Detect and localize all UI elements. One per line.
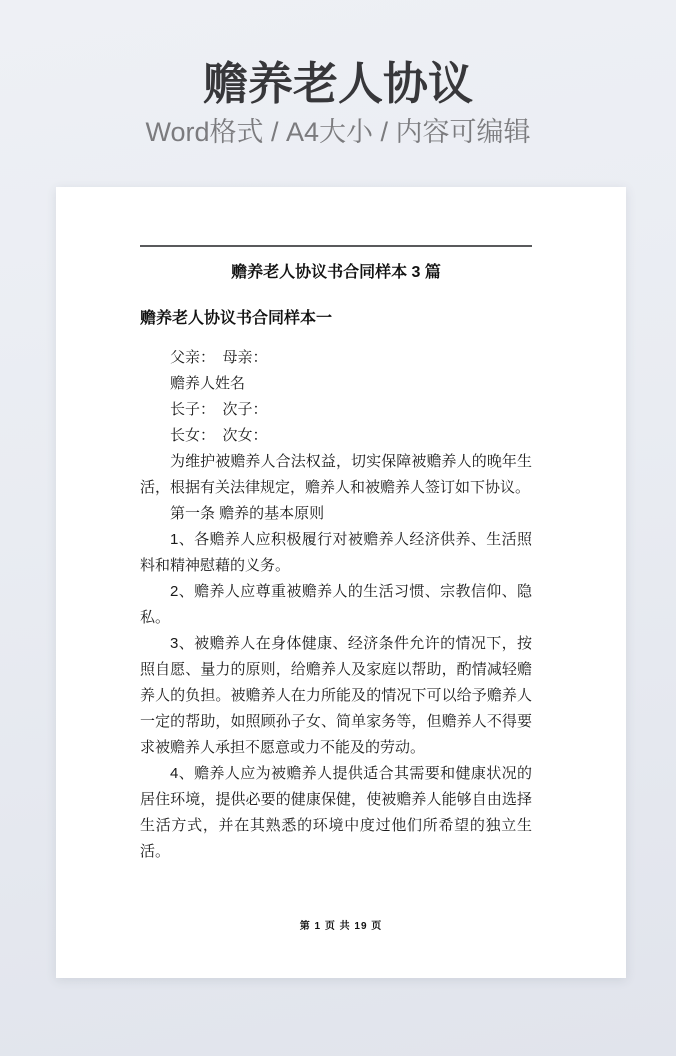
- document-paragraph: 3、被赡养人在身体健康、经济条件允许的情况下，按照自愿、量力的原则，给赡养人及家…: [140, 631, 532, 761]
- document-paragraph: 2、赡养人应尊重被赡养人的生活习惯、宗教信仰、隐私。: [140, 579, 532, 631]
- document-paragraph: 第一条 赡养的基本原则: [140, 501, 532, 527]
- document-paragraph: 长子： 次子：: [140, 397, 532, 423]
- document-paragraph: 4、赡养人应为被赡养人提供适合其需要和健康状况的居住环境，提供必要的健康保健，使…: [140, 761, 532, 865]
- document-body: 父亲： 母亲： 赡养人姓名 长子： 次子： 长女： 次女： 为维护被赡养人合法权…: [140, 345, 532, 865]
- banner-title: 赡养老人协议: [0, 60, 676, 108]
- document-paragraph: 长女： 次女：: [140, 423, 532, 449]
- document-section-heading: 赡养老人协议书合同样本一: [140, 307, 532, 331]
- document-content: 赡养老人协议书合同样本 3 篇 赡养老人协议书合同样本一 父亲： 母亲： 赡养人…: [140, 187, 532, 865]
- banner-subtitle: Word格式 / A4大小 / 内容可编辑: [0, 117, 676, 147]
- document-paragraph: 1、各赡养人应积极履行对被赡养人经济供养、生活照料和精神慰藉的义务。: [140, 527, 532, 579]
- document-paragraph: 赡养人姓名: [140, 371, 532, 397]
- document-sheet: 赡养老人协议书合同样本 3 篇 赡养老人协议书合同样本一 父亲： 母亲： 赡养人…: [56, 187, 626, 978]
- page-number-footer: 第 1 页 共 19 页: [56, 917, 626, 932]
- template-preview: 赡养老人协议 Word格式 / A4大小 / 内容可编辑 赡养老人协议书合同样本…: [0, 0, 676, 147]
- horizontal-rule: [140, 245, 532, 247]
- banner: 赡养老人协议 Word格式 / A4大小 / 内容可编辑: [0, 0, 676, 147]
- document-paragraph: 父亲： 母亲：: [140, 345, 532, 371]
- document-title: 赡养老人协议书合同样本 3 篇: [140, 261, 532, 285]
- document-paragraph: 为维护被赡养人合法权益，切实保障被赡养人的晚年生活，根据有关法律规定，赡养人和被…: [140, 449, 532, 501]
